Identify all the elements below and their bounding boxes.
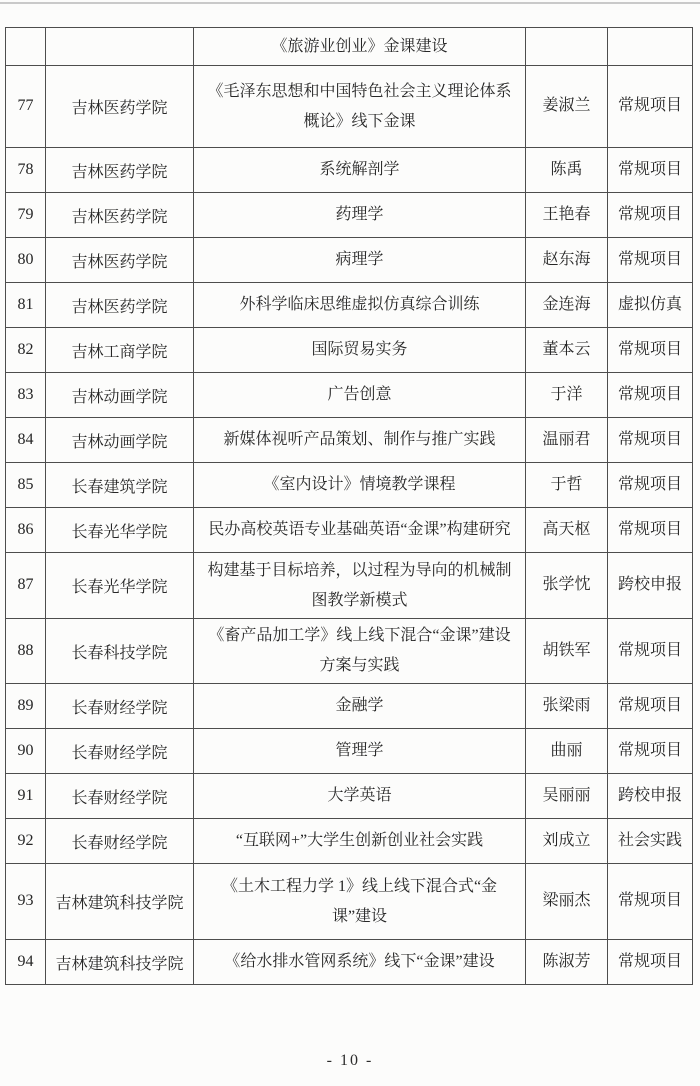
table-row: 88长春科技学院《畜产品加工学》线上线下混合“金课”建设方案与实践胡铁军常规项目 xyxy=(6,619,693,684)
institution-cell: 长春财经学院 xyxy=(46,774,194,819)
table-row: 81吉林医药学院外科学临床思维虚拟仿真综合训练金连海虚拟仿真 xyxy=(6,283,693,328)
institution-cell: 吉林医药学院 xyxy=(46,66,194,148)
project-type-cell: 常规项目 xyxy=(608,418,693,463)
row-number-cell: 87 xyxy=(6,553,46,619)
institution-cell: 吉林医药学院 xyxy=(46,148,194,193)
course-name-cell: 广告创意 xyxy=(194,373,526,418)
project-type-cell: 社会实践 xyxy=(608,819,693,864)
table-row: 94吉林建筑科技学院《给水排水管网系统》线下“金课”建设陈淑芳常规项目 xyxy=(6,940,693,985)
leader-name-cell: 温丽君 xyxy=(526,418,608,463)
institution-cell: 长春财经学院 xyxy=(46,684,194,729)
course-name-cell: 《毛泽东思想和中国特色社会主义理论体系概论》线下金课 xyxy=(194,66,526,148)
course-name-cell: 药理学 xyxy=(194,193,526,238)
leader-name-cell: 张学忱 xyxy=(526,553,608,619)
table-row: 89长春财经学院金融学张梁雨常规项目 xyxy=(6,684,693,729)
course-name-cell: 国际贸易实务 xyxy=(194,328,526,373)
project-type-cell: 常规项目 xyxy=(608,864,693,940)
course-name-cell: 病理学 xyxy=(194,238,526,283)
institution-cell: 长春光华学院 xyxy=(46,508,194,553)
leader-name-cell: 梁丽杰 xyxy=(526,864,608,940)
project-type-cell: 常规项目 xyxy=(608,508,693,553)
course-name-cell: 外科学临床思维虚拟仿真综合训练 xyxy=(194,283,526,328)
institution-cell: 吉林动画学院 xyxy=(46,373,194,418)
page-top-edge-line xyxy=(0,2,700,4)
row-number-cell: 84 xyxy=(6,418,46,463)
row-number-cell: 93 xyxy=(6,864,46,940)
course-name-cell: 《给水排水管网系统》线下“金课”建设 xyxy=(194,940,526,985)
institution-cell xyxy=(46,28,194,66)
table-row: 90长春财经学院管理学曲丽常规项目 xyxy=(6,729,693,774)
project-type-cell: 常规项目 xyxy=(608,463,693,508)
table-row: 85长春建筑学院《室内设计》情境教学课程于哲常规项目 xyxy=(6,463,693,508)
projects-table: 《旅游业创业》金课建设77吉林医药学院《毛泽东思想和中国特色社会主义理论体系概论… xyxy=(5,27,693,985)
leader-name-cell xyxy=(526,28,608,66)
institution-cell: 吉林医药学院 xyxy=(46,238,194,283)
course-name-cell: 大学英语 xyxy=(194,774,526,819)
institution-cell: 吉林建筑科技学院 xyxy=(46,864,194,940)
table-row: 80吉林医药学院病理学赵东海常规项目 xyxy=(6,238,693,283)
row-number-cell: 83 xyxy=(6,373,46,418)
project-type-cell: 常规项目 xyxy=(608,619,693,684)
leader-name-cell: 胡铁军 xyxy=(526,619,608,684)
row-number-cell: 78 xyxy=(6,148,46,193)
leader-name-cell: 赵东海 xyxy=(526,238,608,283)
project-type-cell: 常规项目 xyxy=(608,940,693,985)
leader-name-cell: 刘成立 xyxy=(526,819,608,864)
table-row: 78吉林医药学院系统解剖学陈禹常规项目 xyxy=(6,148,693,193)
institution-cell: 吉林医药学院 xyxy=(46,193,194,238)
table-row: 87长春光华学院构建基于目标培养，以过程为导向的机械制图教学新模式张学忱跨校申报 xyxy=(6,553,693,619)
row-number-cell: 85 xyxy=(6,463,46,508)
leader-name-cell: 陈禹 xyxy=(526,148,608,193)
project-type-cell: 常规项目 xyxy=(608,373,693,418)
table-row: 79吉林医药学院药理学王艳春常规项目 xyxy=(6,193,693,238)
course-name-cell: 系统解剖学 xyxy=(194,148,526,193)
institution-cell: 长春科技学院 xyxy=(46,619,194,684)
table-row: 《旅游业创业》金课建设 xyxy=(6,28,693,66)
course-name-cell: 管理学 xyxy=(194,729,526,774)
scanned-document-page: 《旅游业创业》金课建设77吉林医药学院《毛泽东思想和中国特色社会主义理论体系概论… xyxy=(0,0,700,1086)
leader-name-cell: 董本云 xyxy=(526,328,608,373)
course-name-cell: 《室内设计》情境教学课程 xyxy=(194,463,526,508)
project-type-cell: 常规项目 xyxy=(608,729,693,774)
course-name-cell: 《畜产品加工学》线上线下混合“金课”建设方案与实践 xyxy=(194,619,526,684)
row-number-cell: 82 xyxy=(6,328,46,373)
institution-cell: 长春建筑学院 xyxy=(46,463,194,508)
institution-cell: 吉林医药学院 xyxy=(46,283,194,328)
leader-name-cell: 姜淑兰 xyxy=(526,66,608,148)
course-name-cell: 民办高校英语专业基础英语“金课”构建研究 xyxy=(194,508,526,553)
row-number-cell: 77 xyxy=(6,66,46,148)
row-number-cell: 81 xyxy=(6,283,46,328)
leader-name-cell: 曲丽 xyxy=(526,729,608,774)
course-name-cell: 《旅游业创业》金课建设 xyxy=(194,28,526,66)
row-number-cell: 89 xyxy=(6,684,46,729)
leader-name-cell: 于哲 xyxy=(526,463,608,508)
row-number-cell xyxy=(6,28,46,66)
project-type-cell: 常规项目 xyxy=(608,66,693,148)
project-type-cell: 虚拟仿真 xyxy=(608,283,693,328)
project-type-cell: 跨校申报 xyxy=(608,774,693,819)
leader-name-cell: 高天枢 xyxy=(526,508,608,553)
leader-name-cell: 王艳春 xyxy=(526,193,608,238)
project-type-cell: 常规项目 xyxy=(608,148,693,193)
project-type-cell xyxy=(608,28,693,66)
row-number-cell: 80 xyxy=(6,238,46,283)
row-number-cell: 92 xyxy=(6,819,46,864)
institution-cell: 吉林工商学院 xyxy=(46,328,194,373)
table-row: 86长春光华学院民办高校英语专业基础英语“金课”构建研究高天枢常规项目 xyxy=(6,508,693,553)
row-number-cell: 86 xyxy=(6,508,46,553)
course-name-cell: 金融学 xyxy=(194,684,526,729)
table-row: 91长春财经学院大学英语吴丽丽跨校申报 xyxy=(6,774,693,819)
course-name-cell: “互联网+”大学生创新创业社会实践 xyxy=(194,819,526,864)
leader-name-cell: 金连海 xyxy=(526,283,608,328)
course-name-cell: 新媒体视听产品策划、制作与推广实践 xyxy=(194,418,526,463)
row-number-cell: 79 xyxy=(6,193,46,238)
project-type-cell: 常规项目 xyxy=(608,328,693,373)
table-row: 84吉林动画学院新媒体视听产品策划、制作与推广实践温丽君常规项目 xyxy=(6,418,693,463)
course-name-cell: 构建基于目标培养，以过程为导向的机械制图教学新模式 xyxy=(194,553,526,619)
institution-cell: 吉林建筑科技学院 xyxy=(46,940,194,985)
institution-cell: 长春财经学院 xyxy=(46,819,194,864)
table-row: 93吉林建筑科技学院《土木工程力学 1》线上线下混合式“金课”建设梁丽杰常规项目 xyxy=(6,864,693,940)
project-type-cell: 常规项目 xyxy=(608,238,693,283)
row-number-cell: 91 xyxy=(6,774,46,819)
table-row: 77吉林医药学院《毛泽东思想和中国特色社会主义理论体系概论》线下金课姜淑兰常规项… xyxy=(6,66,693,148)
leader-name-cell: 于洋 xyxy=(526,373,608,418)
institution-cell: 长春光华学院 xyxy=(46,553,194,619)
projects-table-body: 《旅游业创业》金课建设77吉林医药学院《毛泽东思想和中国特色社会主义理论体系概论… xyxy=(6,28,693,985)
row-number-cell: 90 xyxy=(6,729,46,774)
project-type-cell: 跨校申报 xyxy=(608,553,693,619)
row-number-cell: 88 xyxy=(6,619,46,684)
page-number: - 10 - xyxy=(0,1052,700,1070)
leader-name-cell: 陈淑芳 xyxy=(526,940,608,985)
leader-name-cell: 张梁雨 xyxy=(526,684,608,729)
table-row: 92长春财经学院“互联网+”大学生创新创业社会实践刘成立社会实践 xyxy=(6,819,693,864)
table-row: 83吉林动画学院广告创意于洋常规项目 xyxy=(6,373,693,418)
project-type-cell: 常规项目 xyxy=(608,684,693,729)
institution-cell: 吉林动画学院 xyxy=(46,418,194,463)
table-row: 82吉林工商学院国际贸易实务董本云常规项目 xyxy=(6,328,693,373)
course-name-cell: 《土木工程力学 1》线上线下混合式“金课”建设 xyxy=(194,864,526,940)
project-type-cell: 常规项目 xyxy=(608,193,693,238)
row-number-cell: 94 xyxy=(6,940,46,985)
institution-cell: 长春财经学院 xyxy=(46,729,194,774)
leader-name-cell: 吴丽丽 xyxy=(526,774,608,819)
